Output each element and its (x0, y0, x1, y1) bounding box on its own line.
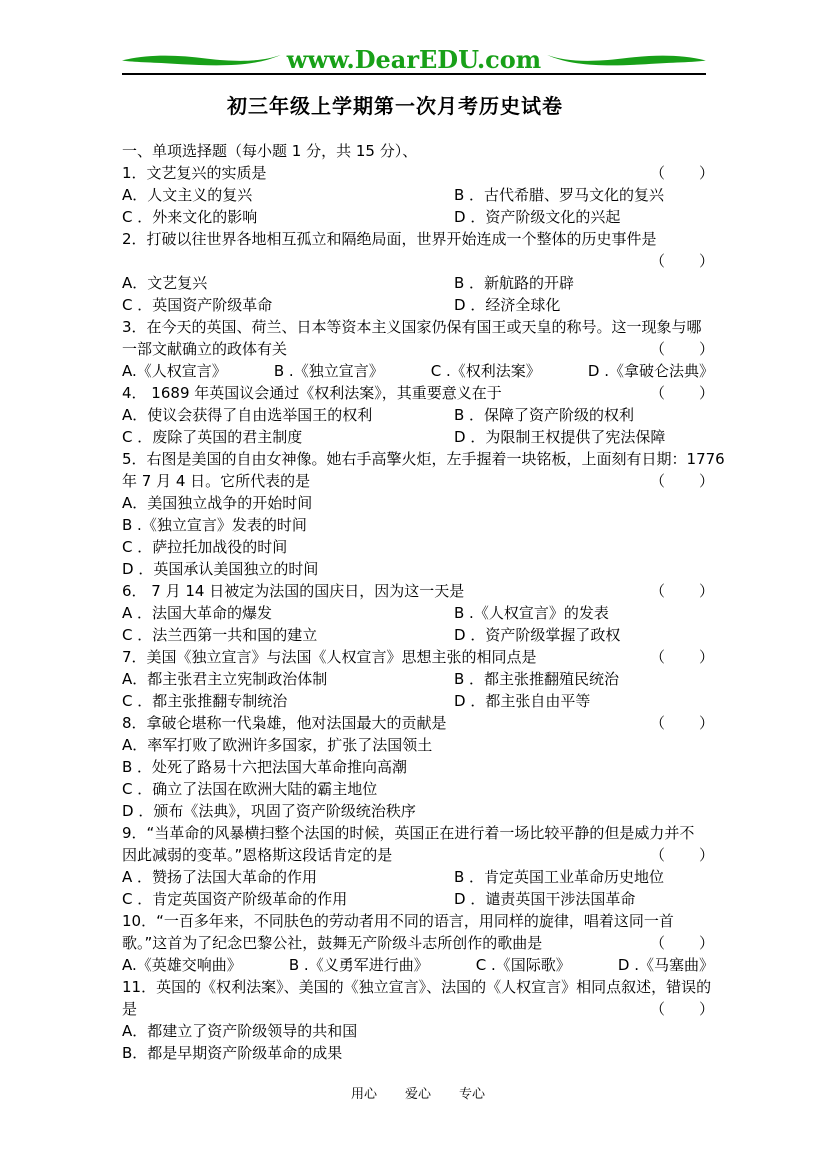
footer-word: 专心 (459, 1083, 485, 1102)
question-2: 2．打破以往世界各地相互孤立和隔绝局面，世界开始连成一个整体的历史事件是 （） … (122, 228, 714, 316)
logo-text: www.DearEDU.com (281, 48, 547, 72)
exam-page: www.DearEDU.com 初三年级上学期第一次月考历史试卷 一、单项选择题… (0, 0, 827, 1170)
question-stem: 11．英国的《权利法案》、美国的《独立宣言》、法国的《人权宣言》相同点叙述，错误… (122, 976, 711, 998)
option-a: A．使议会获得了自由选举国王的权利 (122, 404, 454, 426)
question-stem-cont: 歌。”这首为了纪念巴黎公社，鼓舞无产阶级斗志所创作的歌曲是 (122, 932, 542, 954)
option-d: D ．颁布《法典》，巩固了资产阶级统治秩序 (122, 800, 714, 822)
option-c: C ．英国资产阶级革命 (122, 294, 454, 316)
option-b: B ．肯定英国工业革命历史地位 (454, 866, 664, 888)
answer-bracket: （） (650, 712, 714, 734)
option-a: A.《英雄交响曲》 (122, 954, 242, 976)
question-7: 7．美国《独立宣言》与法国《人权宣言》思想主张的相同点是（） A．都主张君主立宪… (122, 646, 714, 712)
question-3: 3．在今天的英国、荷兰、日本等资本主义国家仍保有国王或天皇的称号。这一现象与哪 … (122, 316, 714, 382)
answer-bracket: （） (650, 382, 714, 404)
page-footer: 用心 爱心 专心 (122, 1083, 714, 1102)
option-a: A．都主张君主立宪制政治体制 (122, 668, 454, 690)
option-c: C ．都主张推翻专制统治 (122, 690, 454, 712)
option-b: B .《独立宣言》 (274, 360, 384, 382)
question-stem-cont: 年 7 月 4 日。它所代表的是 (122, 470, 310, 492)
question-stem-cont: 因此减弱的变革。”恩格斯这段话肯定的是 (122, 844, 392, 866)
question-9: 9．“当革命的风暴横扫整个法国的时候，英国正在进行着一场比较平静的但是威力并不 … (122, 822, 714, 910)
question-stem: 9．“当革命的风暴横扫整个法国的时候，英国正在进行着一场比较平静的但是威力并不 (122, 822, 694, 844)
question-stem: 3．在今天的英国、荷兰、日本等资本主义国家仍保有国王或天皇的称号。这一现象与哪 (122, 316, 702, 338)
option-d: D ．都主张自由平等 (454, 690, 590, 712)
option-c: C .《权利法案》 (431, 360, 541, 382)
option-d: D .《拿破仑法典》 (588, 360, 714, 382)
option-d: D ．谴责英国干涉法国革命 (454, 888, 635, 910)
option-d: D ．资产阶级文化的兴起 (454, 206, 620, 228)
question-1: 1．文艺复兴的实质是（） A．人文主义的复兴B ．古代希腊、罗马文化的复兴 C … (122, 162, 714, 228)
question-stem-cont: 一部文献确立的政体有关 (122, 338, 287, 360)
option-a: A．率军打败了欧洲许多国家，扩张了法国领土 (122, 734, 714, 756)
question-stem: 5．右图是美国的自由女神像。她右手高擎火炬，左手握着一块铭板，上面刻有日期：17… (122, 448, 725, 470)
option-b: B .《独立宣言》发表的时间 (122, 514, 714, 536)
answer-bracket: （） (650, 250, 714, 272)
answer-bracket: （） (650, 844, 714, 866)
question-stem: 7．美国《独立宣言》与法国《人权宣言》思想主张的相同点是 (122, 646, 537, 668)
answer-bracket: （） (650, 932, 714, 954)
question-4: 4． 1689 年英国议会通过《权利法案》，其重要意义在于（） A．使议会获得了… (122, 382, 714, 448)
option-c: C ．确立了法国在欧洲大陆的霸主地位 (122, 778, 714, 800)
option-a: A．美国独立战争的开始时间 (122, 492, 714, 514)
option-d: D .《马塞曲》 (618, 954, 714, 976)
answer-bracket: （） (650, 646, 714, 668)
logo-swoosh-left-icon (122, 53, 281, 68)
option-c: C ．萨拉托加战役的时间 (122, 536, 714, 558)
option-a: A．文艺复兴 (122, 272, 454, 294)
option-b: B．都是早期资产阶级革命的成果 (122, 1042, 714, 1064)
exam-body: 一、单项选择题（每小题 1 分，共 15 分）、 1．文艺复兴的实质是（） A．… (122, 140, 714, 1064)
question-stem-cont: 是 (122, 998, 137, 1020)
option-d: D ．经济全球化 (454, 294, 560, 316)
option-a: A ．法国大革命的爆发 (122, 602, 454, 624)
question-stem: 4． 1689 年英国议会通过《权利法案》，其重要意义在于 (122, 382, 502, 404)
option-b: B .《义勇军进行曲》 (289, 954, 429, 976)
page-title: 初三年级上学期第一次月考历史试卷 (100, 90, 690, 119)
question-stem: 8．拿破仑堪称一代枭雄，他对法国最大的贡献是 (122, 712, 447, 734)
option-b: B ．都主张推翻殖民统治 (454, 668, 619, 690)
answer-bracket: （） (650, 470, 714, 492)
option-c: C ．法兰西第一共和国的建立 (122, 624, 454, 646)
option-b: B .《人权宣言》的发表 (454, 602, 609, 624)
answer-bracket: （） (650, 998, 714, 1020)
option-d: D ．为限制王权提供了宪法保障 (454, 426, 665, 448)
header: www.DearEDU.com (122, 48, 706, 75)
question-stem: 1．文艺复兴的实质是 (122, 162, 267, 184)
question-11: 11．英国的《权利法案》、美国的《独立宣言》、法国的《人权宣言》相同点叙述，错误… (122, 976, 714, 1064)
option-b: B ．古代希腊、罗马文化的复兴 (454, 184, 664, 206)
option-d: D ．资产阶级掌握了政权 (454, 624, 620, 646)
option-c: C ．肯定英国资产阶级革命的作用 (122, 888, 454, 910)
question-5: 5．右图是美国的自由女神像。她右手高擎火炬，左手握着一块铭板，上面刻有日期：17… (122, 448, 714, 580)
option-b: B ．新航路的开辟 (454, 272, 574, 294)
option-b: B ．处死了路易十六把法国大革命推向高潮 (122, 756, 714, 778)
question-10: 10．“一百多年来，不同肤色的劳动者用不同的语言，用同样的旋律，唱着这同一首 歌… (122, 910, 714, 976)
footer-word: 用心 (351, 1083, 377, 1102)
answer-bracket: （） (650, 580, 714, 602)
section-heading: 一、单项选择题（每小题 1 分，共 15 分）、 (122, 140, 714, 162)
option-a: A．人文主义的复兴 (122, 184, 454, 206)
option-c: C ．外来文化的影响 (122, 206, 454, 228)
question-stem: 2．打破以往世界各地相互孤立和隔绝局面，世界开始连成一个整体的历史事件是 (122, 228, 657, 250)
option-c: C ．废除了英国的君主制度 (122, 426, 454, 448)
question-stem: 6． 7 月 14 日被定为法国的国庆日，因为这一天是 (122, 580, 464, 602)
footer-word: 爱心 (405, 1083, 431, 1102)
question-8: 8．拿破仑堪称一代枭雄，他对法国最大的贡献是（） A．率军打败了欧洲许多国家，扩… (122, 712, 714, 822)
answer-bracket: （） (650, 162, 714, 184)
question-stem: 10．“一百多年来，不同肤色的劳动者用不同的语言，用同样的旋律，唱着这同一首 (122, 910, 674, 932)
question-6: 6． 7 月 14 日被定为法国的国庆日，因为这一天是（） A ．法国大革命的爆… (122, 580, 714, 646)
option-a: A.《人权宣言》 (122, 360, 227, 382)
option-a: A ．赞扬了法国大革命的作用 (122, 866, 454, 888)
answer-bracket: （） (650, 338, 714, 360)
option-b: B ．保障了资产阶级的权利 (454, 404, 634, 426)
logo-swoosh-right-icon (547, 53, 706, 68)
option-a: A．都建立了资产阶级领导的共和国 (122, 1020, 714, 1042)
option-c: C .《国际歌》 (476, 954, 571, 976)
option-d: D ．英国承认美国独立的时间 (122, 558, 714, 580)
